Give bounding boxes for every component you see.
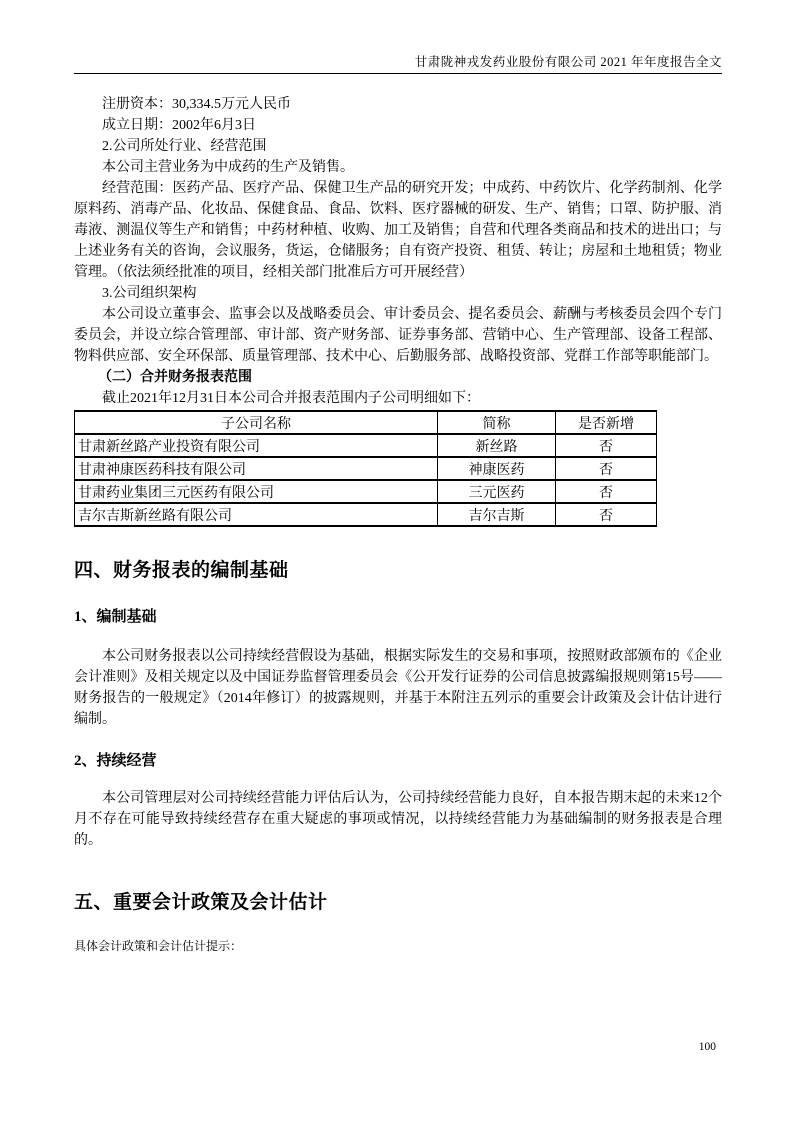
body-block: 注册资本：30,334.5万元人民币 成立日期：2002年6月3日 2.公司所处… (74, 94, 722, 954)
subsidiary-name-cell: 甘肃神康医药科技有限公司 (75, 457, 438, 480)
consolidation-scope-heading: （二）合并财务报表范围 (74, 367, 722, 388)
industry-heading-line: 2.公司所处行业、经营范围 (74, 136, 722, 157)
newly-added-cell: 否 (556, 480, 657, 503)
newly-added-cell: 否 (556, 503, 657, 526)
registered-capital-line: 注册资本：30,334.5万元人民币 (74, 94, 722, 115)
founding-date-line: 成立日期：2002年6月3日 (74, 115, 722, 136)
subsidiary-table-intro: 截止2021年12月31日本公司合并报表范围内子公司明细如下： (74, 388, 722, 409)
section4-sub2-heading: 2、持续经营 (74, 750, 722, 772)
short-name-cell: 吉尔吉斯 (438, 503, 556, 526)
main-business-line: 本公司主营业务为中成药的生产及销售。 (74, 157, 722, 178)
short-name-cell: 神康医药 (438, 457, 556, 480)
page-number: 100 (699, 1041, 716, 1053)
business-scope-paragraph: 经营范围：医药产品、医疗产品、保健卫生产品的研究开发；中成药、中药饮片、化学药制… (74, 178, 722, 283)
org-heading-line: 3.公司组织架构 (74, 283, 722, 304)
newly-added-cell: 否 (556, 457, 657, 480)
subsidiary-name-cell: 吉尔吉斯新丝路有限公司 (75, 503, 438, 526)
table-row: 甘肃药业集团三元医药有限公司 三元医药 否 (75, 480, 657, 503)
org-structure-paragraph: 本公司设立董事会、监事会以及战略委员会、审计委员会、提名委员会、薪酬与考核委员会… (74, 304, 722, 367)
col-header-newly-added: 是否新增 (556, 411, 657, 434)
table-row: 吉尔吉斯新丝路有限公司 吉尔吉斯 否 (75, 503, 657, 526)
page-content: 甘肃陇神戎发药业股份有限公司 2021 年年度报告全文 注册资本：30,334.… (74, 0, 722, 954)
section4-sub1-heading: 1、编制基础 (74, 606, 722, 628)
table-row: 甘肃神康医药科技有限公司 神康医药 否 (75, 457, 657, 480)
report-page: 甘肃陇神戎发药业股份有限公司 2021 年年度报告全文 注册资本：30,334.… (0, 0, 793, 1122)
running-header: 甘肃陇神戎发药业股份有限公司 2021 年年度报告全文 (74, 0, 722, 74)
short-name-cell: 三元医药 (438, 480, 556, 503)
subsidiary-table: 子公司名称 简称 是否新增 甘肃新丝路产业投资有限公司 新丝路 否 甘肃神康医药… (74, 410, 657, 527)
accounting-policy-note: 具体会计政策和会计估计提示： (74, 938, 722, 954)
short-name-cell: 新丝路 (438, 434, 556, 457)
section4-sub1-paragraph: 本公司财务报表以公司持续经营假设为基础，根据实际发生的交易和事项，按照财政部颁布… (74, 646, 722, 730)
newly-added-cell: 否 (556, 434, 657, 457)
report-title: 甘肃陇神戎发药业股份有限公司 2021 年年度报告全文 (74, 55, 722, 69)
subsidiary-name-cell: 甘肃药业集团三元医药有限公司 (75, 480, 438, 503)
section4-sub2-paragraph: 本公司管理层对公司持续经营能力评估后认为，公司持续经营能力良好，自本报告期末起的… (74, 788, 722, 851)
section5-heading: 五、重要会计政策及会计估计 (74, 889, 722, 916)
subsidiary-name-cell: 甘肃新丝路产业投资有限公司 (75, 434, 438, 457)
section4-heading: 四、财务报表的编制基础 (74, 557, 722, 584)
table-row: 甘肃新丝路产业投资有限公司 新丝路 否 (75, 434, 657, 457)
col-header-subsidiary-name: 子公司名称 (75, 411, 438, 434)
table-header-row: 子公司名称 简称 是否新增 (75, 411, 657, 434)
col-header-short-name: 简称 (438, 411, 556, 434)
